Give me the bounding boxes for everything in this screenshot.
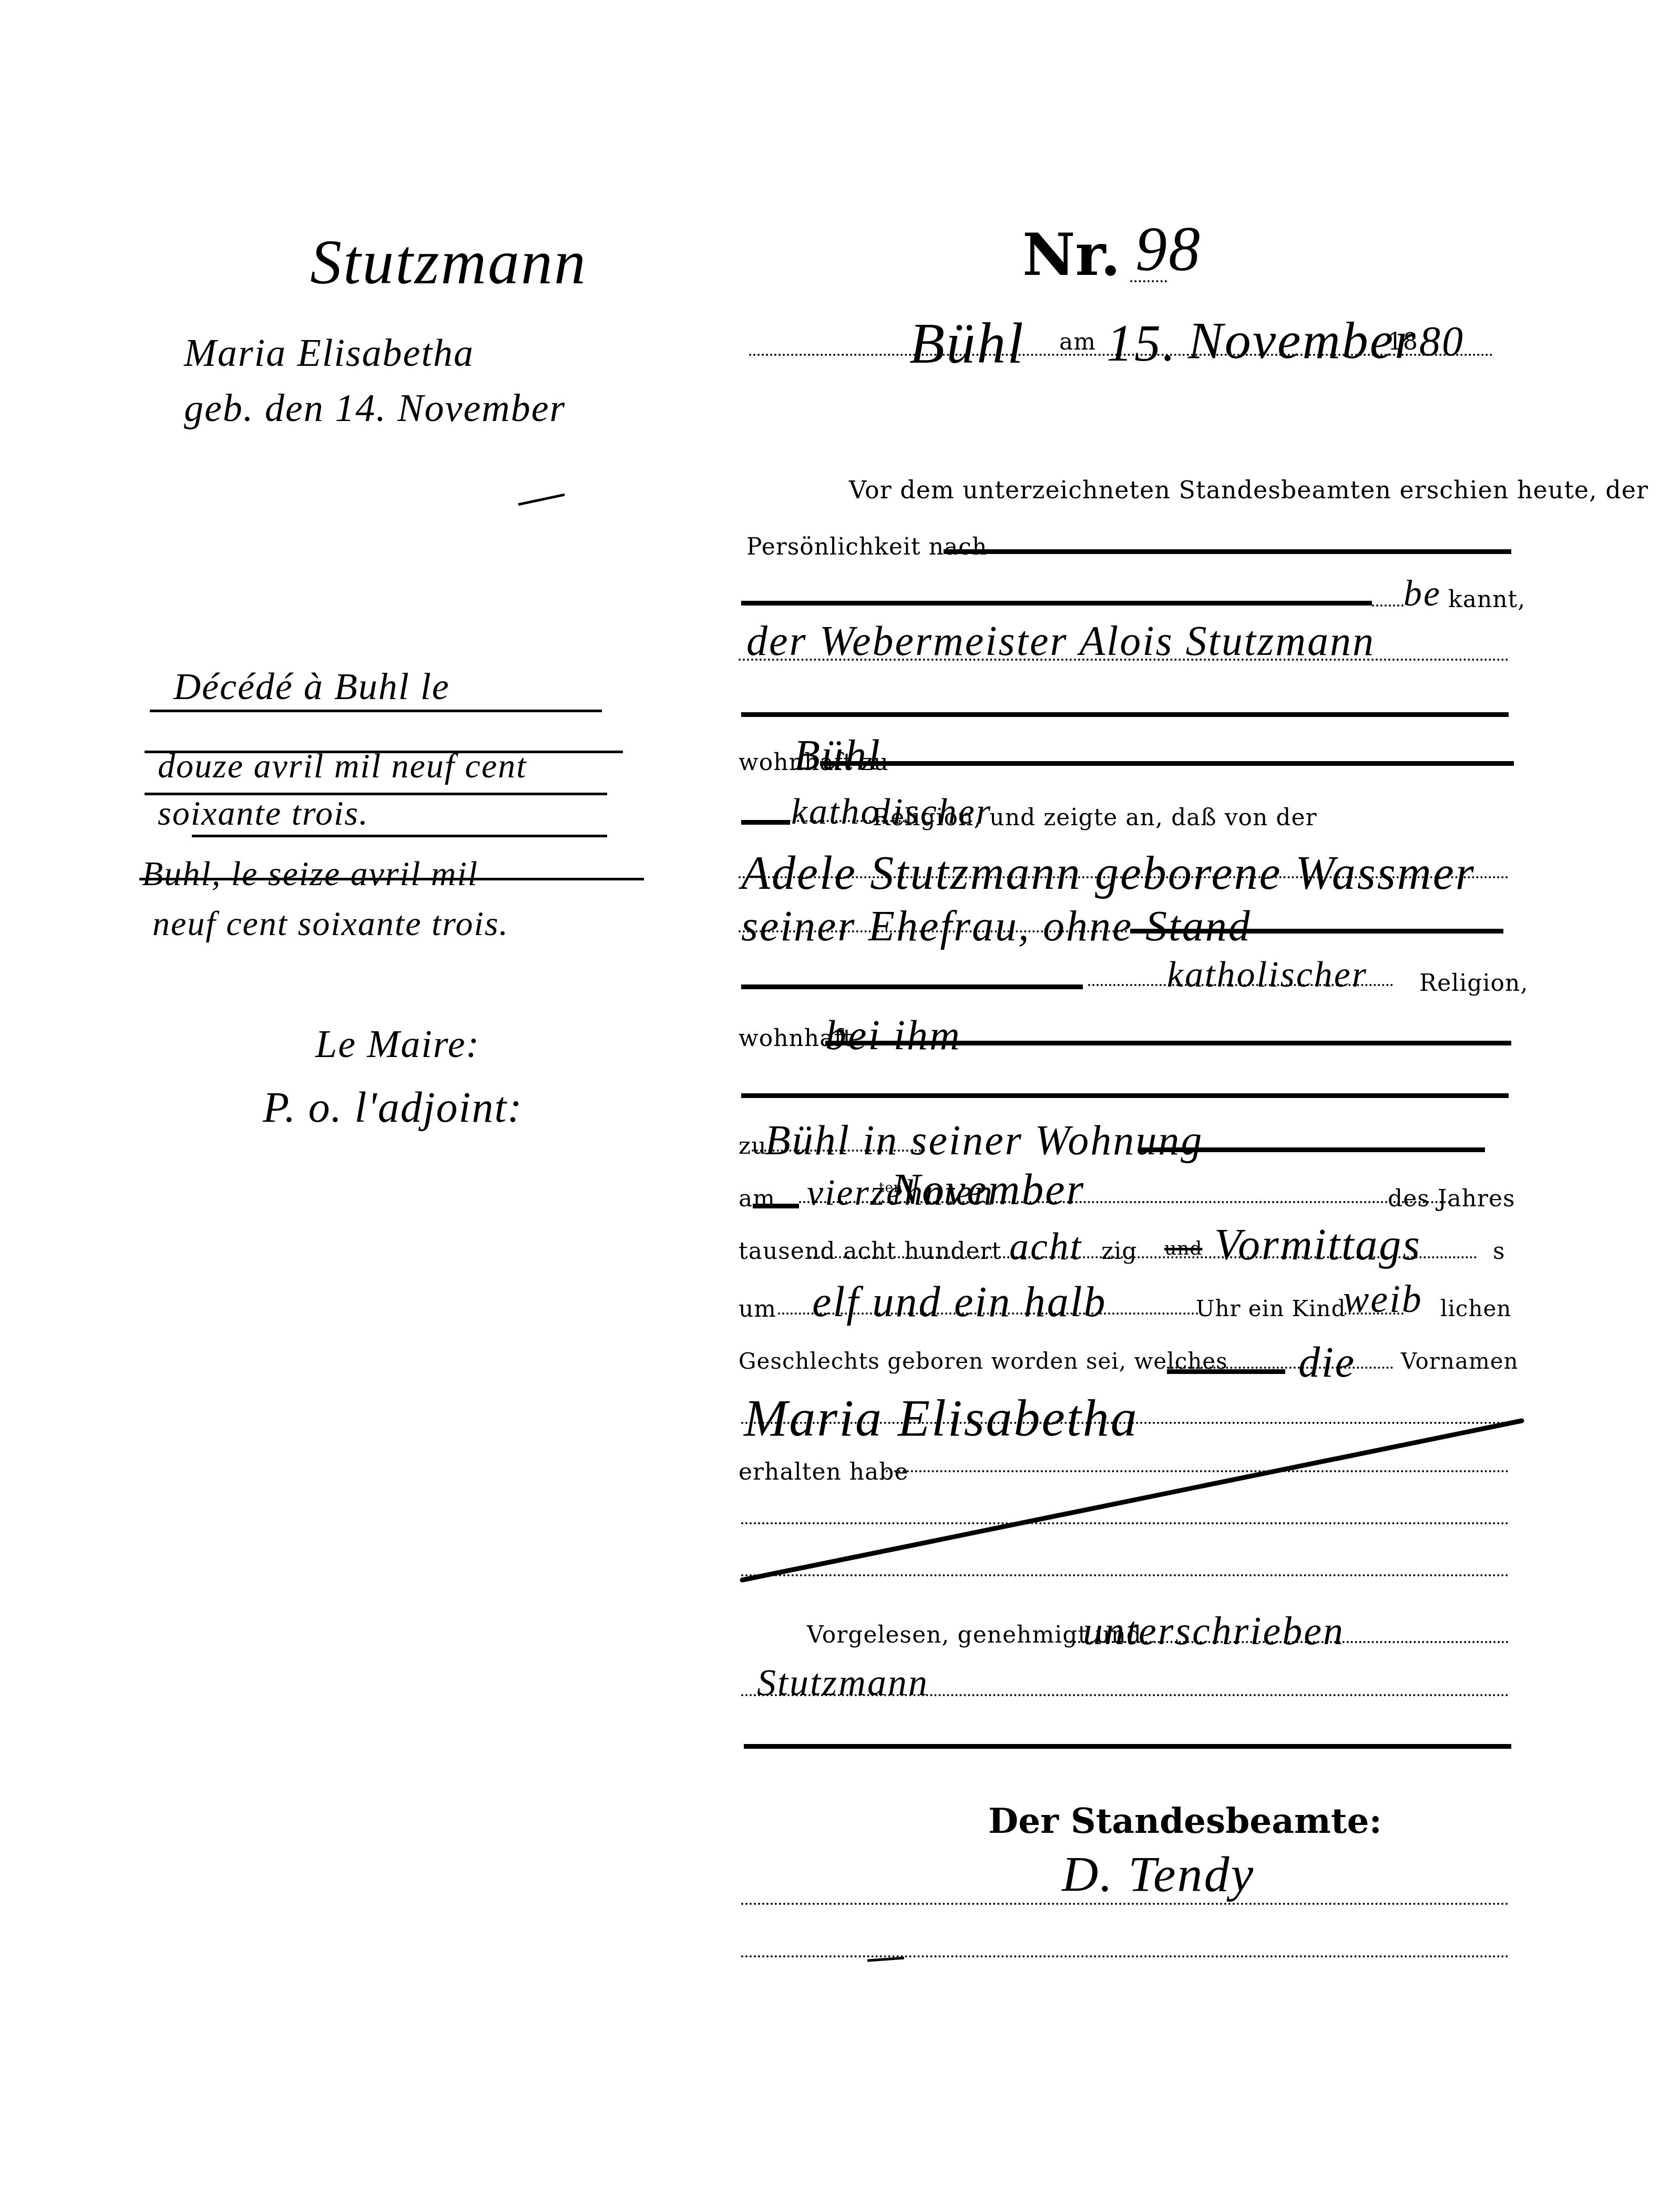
approval-value: unterschrieben <box>1083 1608 1345 1654</box>
signature-dotted-line <box>741 1694 1509 1696</box>
approval-dotted-line <box>1070 1641 1509 1643</box>
registrar-signature: D. Tendy <box>1062 1845 1255 1903</box>
cancel-stroke <box>0 0 1680 2195</box>
registrar-dotted-line-1 <box>741 1903 1509 1905</box>
signature-strike <box>744 1744 1511 1749</box>
declarant-signature: Stutzmann <box>757 1661 929 1705</box>
registrar-heading: Der Standesbeamte: <box>988 1800 1382 1841</box>
registrar-dotted-line-2 <box>741 1955 1509 1957</box>
